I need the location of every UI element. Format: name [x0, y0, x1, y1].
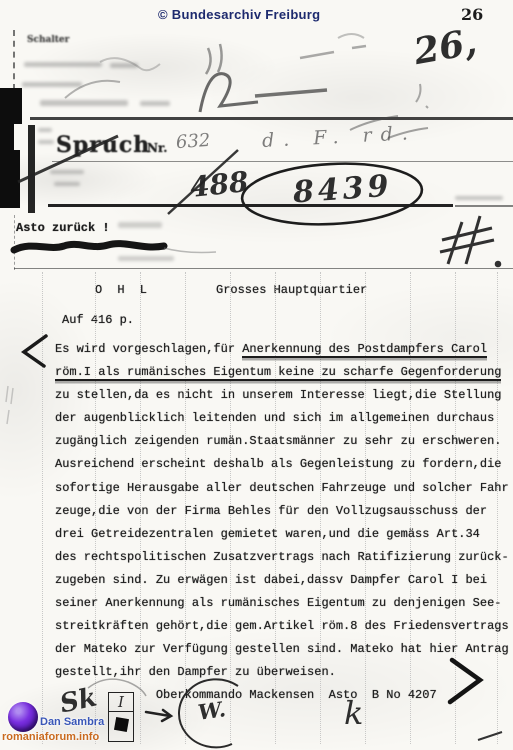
globe-logo-icon [8, 702, 38, 732]
body-line: zugänglich zeigenden rumän.Staatsmänner … [55, 430, 511, 453]
boxed-mark: I [108, 692, 134, 742]
site-watermark-url: romaniaforum.info [2, 731, 99, 743]
page-number-handwritten: 26, [411, 21, 480, 73]
body-line: gestellt,ihr den Dampfer zu überweisen. [55, 661, 511, 684]
boxed-numeral: I [109, 693, 133, 712]
form-rule [30, 117, 513, 120]
header-reference: Auf 416 p. [62, 313, 134, 327]
illegible-print [50, 170, 84, 174]
illegible-print [54, 182, 80, 186]
body-line: der augenblicklich leitenden und sich im… [55, 407, 511, 430]
illegible-handwriting [118, 256, 174, 261]
body-line: zugeben sind. Zu erwägen ist dabei,dassv… [55, 569, 511, 592]
body-line: röm.I als rumänisches Eigentum keine zu … [55, 361, 511, 384]
handwritten-scrawl [416, 84, 428, 108]
form-rule [52, 161, 513, 162]
illegible-handwriting [118, 222, 162, 228]
document-scan: © Bundesarchiv Freiburg 26 26, Schalter … [0, 0, 513, 750]
handwritten-scrawl [200, 74, 258, 112]
body-line: des rechtspolitischen Zusatzvertrags nac… [55, 546, 511, 569]
pencil-dash [478, 732, 502, 740]
body-text: Es wird vorgeschlagen,für Anerkennung de… [55, 338, 511, 708]
body-line: Ausreichend erscheint deshalb als Gegenl… [55, 453, 511, 476]
form-rule [14, 268, 513, 269]
illegible-print [40, 100, 128, 106]
body-line: zeuge,die von der Firma Behles für den V… [55, 500, 511, 523]
illegible-print [24, 62, 102, 67]
illegible-print [38, 128, 52, 132]
handwritten-tally-mark [440, 216, 500, 266]
ink-blot [113, 717, 128, 732]
margin-line [14, 215, 15, 270]
form-corner-label: Schalter [27, 35, 69, 45]
handwritten-scrawl [206, 44, 222, 74]
illegible-print [110, 63, 138, 68]
margin-line [13, 30, 15, 90]
body-line: seiner Anerkennung als rumänisches Eigen… [55, 592, 511, 615]
archive-watermark: © Bundesarchiv Freiburg [158, 7, 320, 22]
handwritten-initials-sk: Sk [57, 683, 99, 720]
handwritten-number-488: 488 [188, 165, 250, 204]
scribble-tail [164, 248, 216, 253]
illegible-print [455, 196, 503, 200]
site-watermark-name: Dan Sambra [40, 716, 104, 728]
body-line: Es wird vorgeschlagen,für Anerkennung de… [55, 338, 511, 361]
illegible-print [140, 101, 170, 106]
binding-mark [28, 125, 35, 213]
margin-pencil-marks [6, 386, 13, 424]
handwritten-note: d. F. rd. [262, 122, 418, 152]
header-unit: O H L [95, 283, 151, 297]
binding-mark [0, 150, 20, 208]
asto-return-line: Asto zurück ! [16, 221, 110, 235]
body-line: der Mateko zur Verfügung gestellen sind.… [55, 638, 511, 661]
illegible-print [22, 82, 82, 87]
form-rule [455, 205, 513, 207]
illegible-print [38, 140, 54, 144]
handwritten-scrawl [255, 90, 327, 96]
form-grid-line [42, 272, 43, 744]
body-line: sofortige Herausgabe aller deutschen Fah… [55, 477, 511, 500]
binding-mark [0, 88, 22, 124]
scribble-signature [14, 244, 164, 250]
body-line: drei Getreidezentralen gemietet waren,un… [55, 523, 511, 546]
handwritten-initials-w: W. [196, 696, 227, 725]
binding-mark [0, 122, 14, 152]
form-nr-label: Nr. [147, 141, 167, 155]
body-line: streitkräften gehört,die gem.Artikel röm… [55, 615, 511, 638]
header-location: Grosses Hauptquartier [216, 283, 367, 297]
handwritten-scrawl [300, 46, 366, 58]
form-rule [48, 204, 453, 207]
handwritten-mark-k: k [344, 694, 363, 732]
spruch-number-handwritten: 632 [175, 130, 211, 153]
handwritten-scrawl [338, 34, 364, 38]
arrow-icon [146, 710, 171, 721]
handwritten-number-circled: 8439 [292, 169, 394, 211]
body-line: zu stellen,da es nicht in unserem Intere… [55, 384, 511, 407]
form-spruch-label: Spruch [56, 132, 150, 158]
